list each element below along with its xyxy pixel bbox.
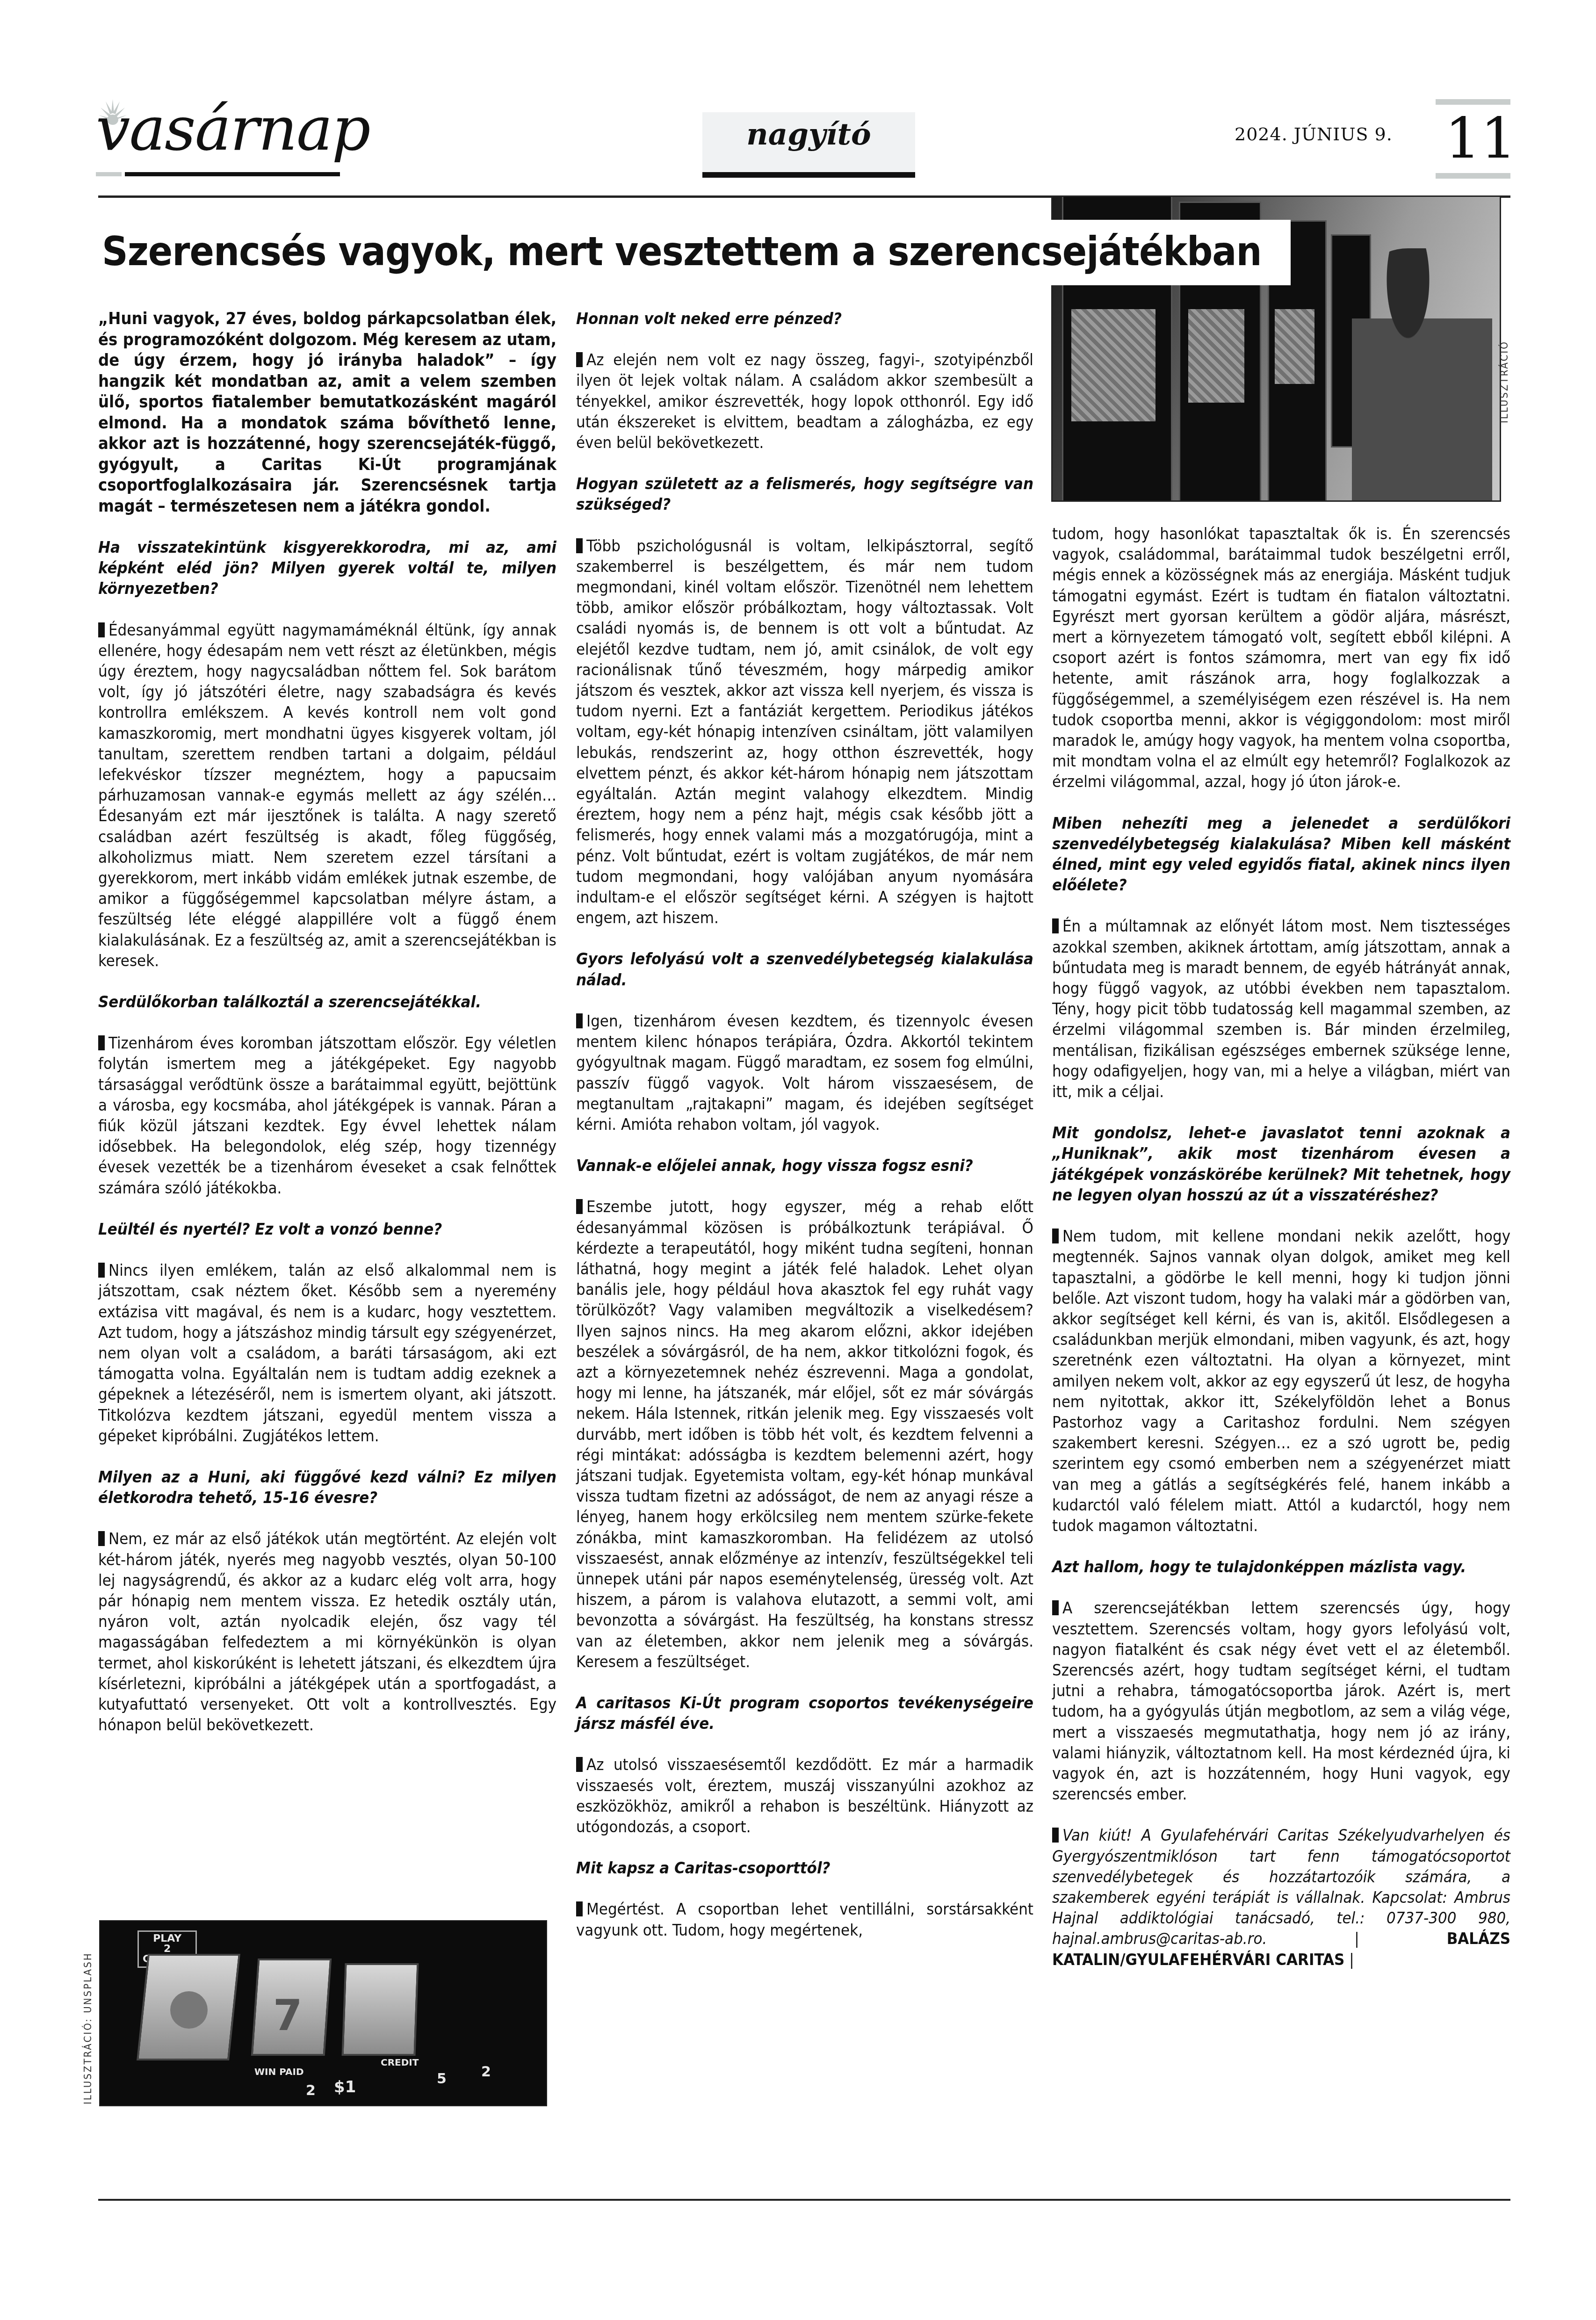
question: Miben nehezíti meg a jelenedet a serdülő… — [1052, 813, 1510, 896]
total-bet-value: 2 — [481, 2064, 491, 2080]
answer-marker — [576, 1199, 583, 1214]
section-label: nagyító — [702, 112, 915, 173]
note-text: Van kiút! A Gyulafehérvári Caritas Széke… — [1052, 1826, 1510, 1948]
question: Azt hallom, hogy te tulajdonképpen mázli… — [1052, 1557, 1510, 1577]
column-2: Honnan volt neked erre pénzed? Az elején… — [576, 309, 1033, 1961]
bottom-rule — [98, 2199, 1052, 2201]
answer-marker — [98, 1263, 105, 1278]
credit-value: 5 — [437, 2071, 447, 2087]
answer: Tizenhárom éves koromban játszottam elős… — [98, 1033, 556, 1199]
arcade-screen — [1188, 309, 1244, 403]
arcade-screen — [1071, 309, 1155, 421]
answer-marker — [98, 1531, 105, 1546]
answer-marker — [576, 1013, 583, 1028]
answer-marker — [1052, 1229, 1059, 1243]
bet-amount: $1 — [334, 2078, 356, 2096]
answer: Nem tudom, mit kellene mondani nekik aze… — [1052, 1226, 1510, 1536]
answer: A szerencsejátékban lettem szerencsés úg… — [1052, 1598, 1510, 1805]
note-marker — [1052, 1828, 1059, 1843]
answer-marker — [98, 622, 105, 637]
answer: Az utolsó visszaesésemtől kezdődött. Ez … — [576, 1755, 1033, 1837]
photo-credit-bottom: ILLUSZTRÁCIÓ: UNSPLASH — [82, 1917, 94, 2104]
young-man-figure — [1352, 248, 1492, 502]
answer: Én a múltamnak az előnyét látom most. Ne… — [1052, 916, 1510, 1102]
page-number-bottom-bar — [1436, 173, 1510, 179]
slot-reel-bar — [342, 1963, 419, 2056]
answer-marker — [1052, 918, 1059, 933]
credit-label: CREDIT — [381, 2057, 419, 2068]
answer-marker — [576, 1757, 583, 1772]
answer: Nincs ilyen emlékem, talán az első alkal… — [98, 1260, 556, 1446]
section-underline — [702, 172, 915, 178]
answer: Megértést. A csoportban lehet ventilláln… — [576, 1899, 1033, 1940]
lead-paragraph: „Huni vagyok, 27 éves, boldog párkapcsol… — [98, 309, 556, 517]
answer: Eszembe jutott, hogy egyszer, még a reha… — [576, 1197, 1033, 1672]
answer-continued: tudom, hogy hasonlókat tapasztaltak ők i… — [1052, 524, 1510, 793]
cherry-icon — [170, 1991, 208, 2029]
question: Serdülőkorban találkoztál a szerencseját… — [98, 992, 556, 1012]
column-3: tudom, hogy hasonlókat tapasztaltak ők i… — [1052, 524, 1510, 1991]
question: Mit kapsz a Caritas-csoporttól? — [576, 1858, 1033, 1879]
win-value: 2 — [306, 2082, 316, 2099]
question: A caritasos Ki-Út program csoportos tevé… — [576, 1693, 1033, 1734]
question: Hogyan született az a felismerés, hogy s… — [576, 474, 1033, 515]
answer-marker — [98, 1035, 105, 1050]
answer: Több pszichológusnál is voltam, lelkipás… — [576, 536, 1033, 929]
answer-marker — [576, 538, 583, 553]
arcade-screen — [1275, 309, 1314, 384]
section-name: nagyító — [702, 117, 915, 152]
bottom-rule-right — [1052, 2199, 1510, 2201]
logo-text: vasárnap — [96, 94, 370, 164]
question: Milyen az a Huni, aki függővé kezd válni… — [98, 1467, 556, 1508]
slot-machine-photo: PLAY2CREDITS 7 WIN PAID $1 CREDIT 5 2 2 — [99, 1920, 547, 2106]
headline: Szerencsés vagyok, mert vesztettem a sze… — [102, 224, 1262, 280]
answer: Édesanyámmal együtt nagymamáméknál éltün… — [98, 620, 556, 971]
question: Honnan volt neked erre pénzed? — [576, 309, 1033, 329]
photo-credit-top: ILLUSZTRÁCIÓ — [1499, 330, 1510, 423]
answer-marker — [1052, 1600, 1059, 1615]
question: Ha visszatekintünk kisgyerekkorodra, mi … — [98, 537, 556, 600]
logo-black-bar — [125, 172, 340, 176]
answer: Igen, tizenhárom évesen kezdtem, és tize… — [576, 1011, 1033, 1135]
question: Vannak-e előjelei annak, hogy vissza fog… — [576, 1156, 1033, 1176]
info-note: Van kiút! A Gyulafehérvári Caritas Széke… — [1052, 1825, 1510, 1970]
column-1: „Huni vagyok, 27 éves, boldog párkapcsol… — [98, 309, 556, 1756]
answer-marker — [576, 352, 583, 367]
answer: Nem, ez már az első játékok után megtört… — [98, 1529, 556, 1735]
page-number-box: 11 — [1436, 99, 1510, 174]
answer-marker — [576, 1901, 583, 1916]
answer: Az elején nem volt ez nagy összeg, fagyi… — [576, 350, 1033, 453]
question: Gyors lefolyású volt a szenvedélybetegsé… — [576, 949, 1033, 990]
page-number: 11 — [1445, 108, 1517, 169]
question: Leültél és nyertél? Ez volt a vonzó benn… — [98, 1219, 556, 1240]
byline-end: | — [1349, 1951, 1354, 1969]
logo-grey-bar — [96, 172, 122, 176]
page-number-top-bar — [1436, 99, 1510, 105]
question: Mit gondolsz, lehet-e javaslatot tenni a… — [1052, 1123, 1510, 1206]
win-paid-label: WIN PAID — [254, 2066, 304, 2077]
issue-date: 2024. JÚNIUS 9. — [1235, 124, 1393, 145]
masthead-logo: vasárnap — [96, 94, 339, 173]
seven-symbol: 7 — [273, 1991, 303, 2040]
